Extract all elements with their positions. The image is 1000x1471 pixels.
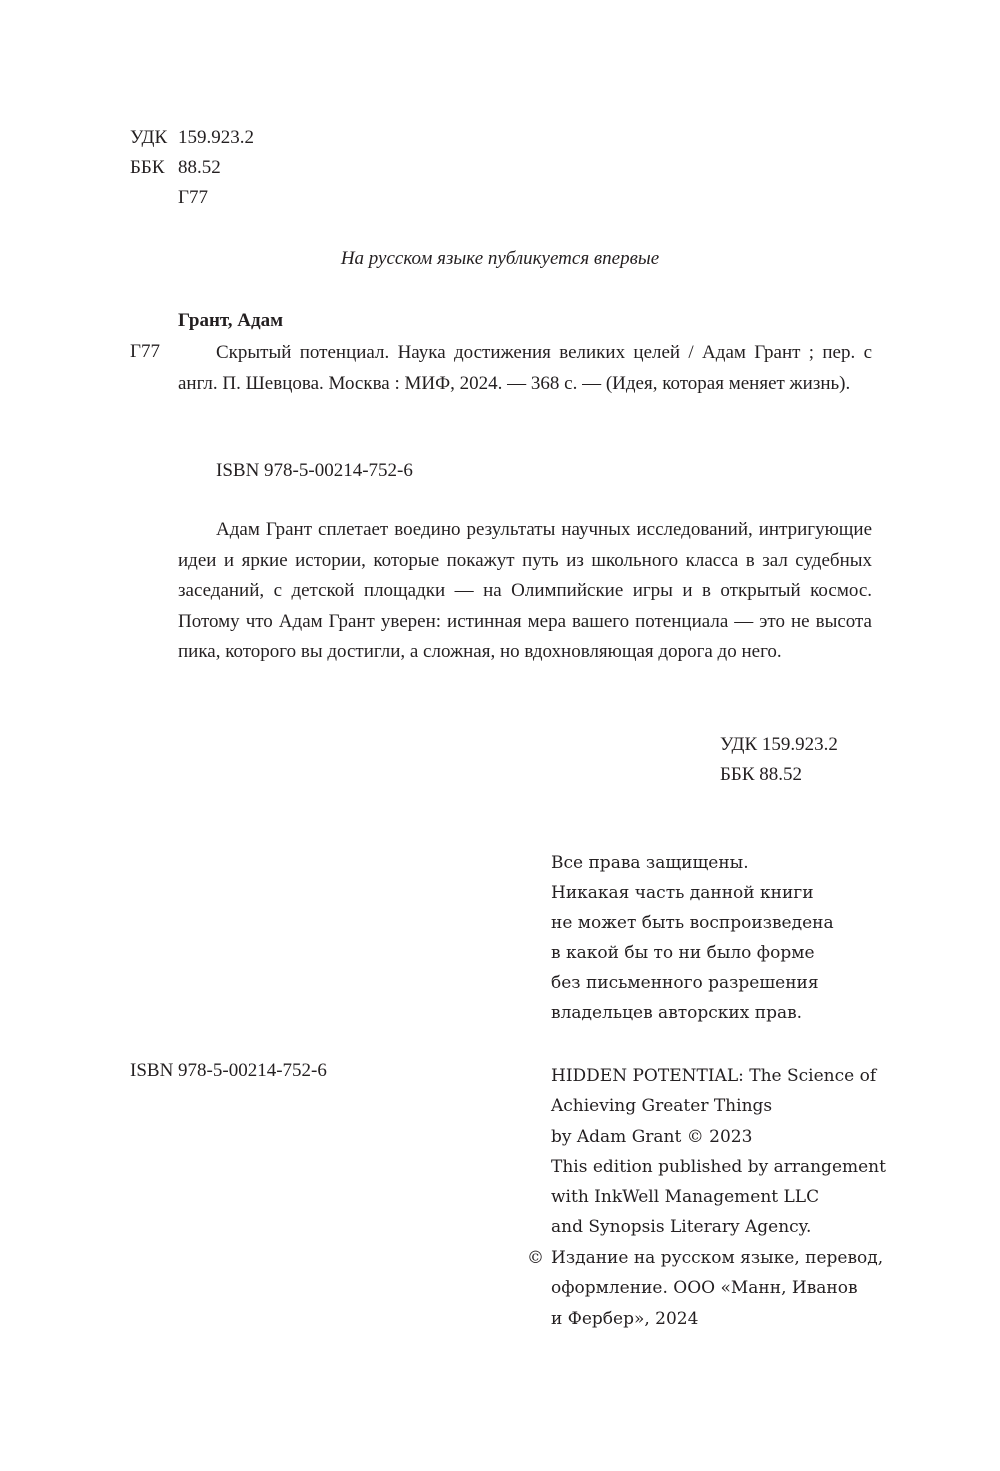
udk-row-top: УДК159.923.2	[130, 123, 254, 153]
bbk-bottom: ББК 88.52	[720, 760, 802, 790]
copyright-line: оформление. ООО «Манн, Иванов	[551, 1273, 887, 1303]
rights-line: Все права защищены.	[551, 848, 881, 878]
first-publication-note: На русском языке публикуется впервые	[0, 244, 1000, 274]
isbn-record: ISBN 978-5-00214-752-6	[216, 456, 413, 486]
author-mark: Г77	[130, 337, 160, 367]
original-line: Achieving Greater Things	[551, 1091, 891, 1121]
rights-line: не может быть воспроизведена	[551, 908, 881, 938]
original-line: HIDDEN POTENTIAL: The Science of	[551, 1061, 891, 1091]
copyright-line: Издание на русском языке, перевод,	[551, 1243, 887, 1273]
copyright-line: и Фербер», 2024	[551, 1304, 887, 1334]
rights-line: без письменного разрешения	[551, 968, 881, 998]
author-heading: Грант, Адам	[178, 306, 283, 336]
bibliographic-description: Скрытый потенциал. Наука достижения вели…	[178, 337, 872, 399]
original-edition-notice: HIDDEN POTENTIAL: The Science of Achievi…	[551, 1061, 891, 1243]
udk-bottom: УДК 159.923.2	[720, 730, 838, 760]
russian-edition-copyright: © Издание на русском языке, перевод, офо…	[527, 1243, 887, 1334]
udk-label: УДК	[130, 123, 178, 153]
isbn-bottom: ISBN 978-5-00214-752-6	[130, 1056, 327, 1086]
author-mark-top: Г77	[178, 183, 208, 213]
rights-notice: Все права защищены. Никакая часть данной…	[551, 848, 881, 1028]
copyright-icon: ©	[527, 1243, 544, 1273]
bbk-value: 88.52	[178, 153, 221, 183]
rights-line: владельцев авторских прав.	[551, 998, 881, 1028]
bbk-row-top: ББК88.52	[130, 153, 221, 183]
original-line: with InkWell Management LLC	[551, 1182, 891, 1212]
original-line: This edition published by arrangement	[551, 1152, 891, 1182]
bbk-label: ББК	[130, 153, 178, 183]
original-line: and Synopsis Literary Agency.	[551, 1212, 891, 1242]
rights-line: в какой бы то ни было форме	[551, 938, 881, 968]
rights-line: Никакая часть данной книги	[551, 878, 881, 908]
annotation-paragraph: Адам Грант сплетает воедино результаты н…	[178, 515, 872, 668]
udk-value: 159.923.2	[178, 123, 254, 153]
original-line: by Adam Grant © 2023	[551, 1122, 891, 1152]
